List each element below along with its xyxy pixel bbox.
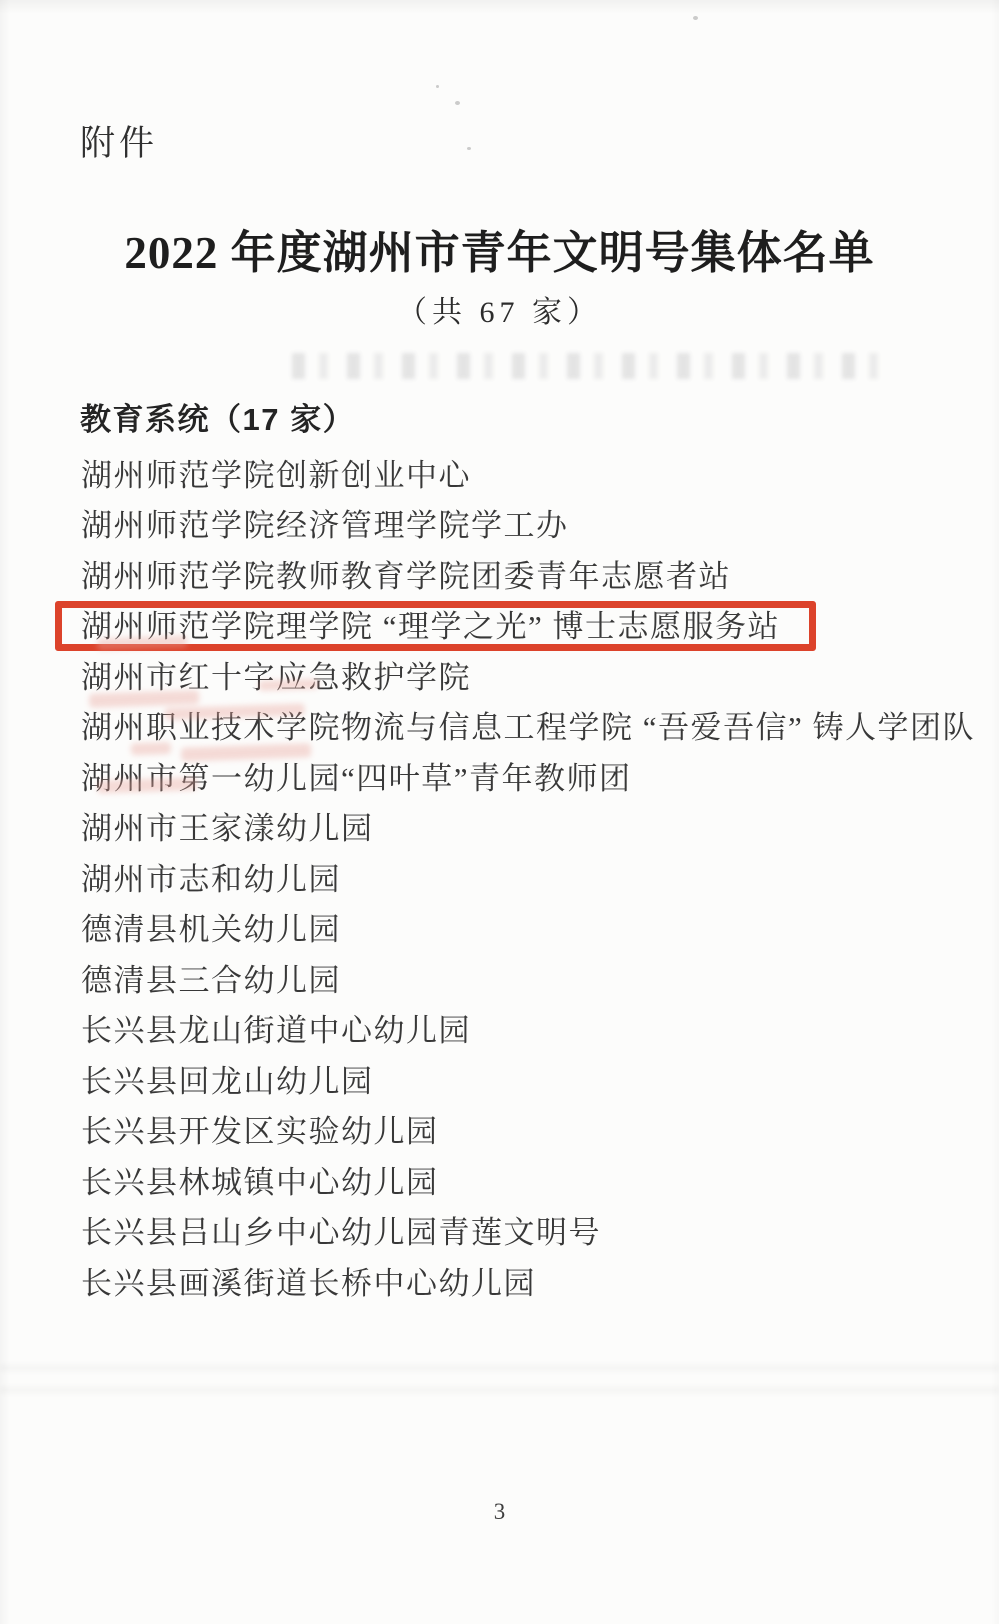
scan-speck (436, 85, 439, 88)
list-item: 湖州职业技术学院物流与信息工程学院 “吾爱吾信” 铸人学团队 (81, 700, 975, 751)
scan-band-artifact (0, 1364, 999, 1372)
section-header: 教育系统（17 家） (80, 394, 355, 439)
list-item: 长兴县吕山乡中心幼儿园青莲文明号 (81, 1205, 975, 1256)
list-item: 长兴县林城镇中心幼儿园 (81, 1154, 975, 1205)
scan-speck (693, 16, 698, 20)
organization-list: 湖州师范学院创新创业中心 湖州师范学院经济管理学院学工办 湖州师范学院教师教育学… (81, 447, 975, 1306)
ink-bleed-artifact (292, 353, 884, 379)
list-item: 长兴县回龙山幼儿园 (81, 1053, 975, 1104)
attachment-label: 附件 (80, 116, 158, 166)
list-item-highlighted: 湖州师范学院理学院 “理学之光” 博士志愿服务站 (81, 599, 975, 650)
scan-speck (467, 147, 471, 150)
list-item: 湖州市王家漾幼儿园 (81, 801, 975, 852)
list-item: 湖州师范学院创新创业中心 (81, 447, 975, 498)
list-item: 湖州市红十字应急救护学院 (81, 649, 975, 700)
list-item: 德清县机关幼儿园 (81, 902, 975, 953)
list-item: 长兴县开发区实验幼儿园 (81, 1104, 975, 1155)
list-item: 湖州师范学院教师教育学院团委青年志愿者站 (81, 548, 975, 599)
list-item: 长兴县龙山街道中心幼儿园 (81, 1003, 975, 1054)
list-item: 长兴县画溪街道长桥中心幼儿园 (81, 1255, 975, 1306)
scanned-document-page: 附件 2022 年度湖州市青年文明号集体名单 （共 67 家） 教育系统（17 … (0, 0, 999, 1624)
list-item: 湖州市志和幼儿园 (81, 851, 975, 902)
scan-speck (455, 101, 460, 105)
page-title: 2022 年度湖州市青年文明号集体名单 (0, 216, 999, 281)
page-number: 3 (0, 1499, 999, 1525)
list-item: 湖州师范学院经济管理学院学工办 (81, 498, 975, 549)
scan-band-artifact (0, 1386, 999, 1394)
list-item-label: 湖州师范学院理学院 “理学之光” 博士志愿服务站 (81, 601, 780, 646)
page-subtitle: （共 67 家） (0, 287, 999, 331)
list-item: 德清县三合幼儿园 (81, 952, 975, 1003)
list-item: 湖州市第一幼儿园“四叶草”青年教师团 (81, 750, 975, 801)
